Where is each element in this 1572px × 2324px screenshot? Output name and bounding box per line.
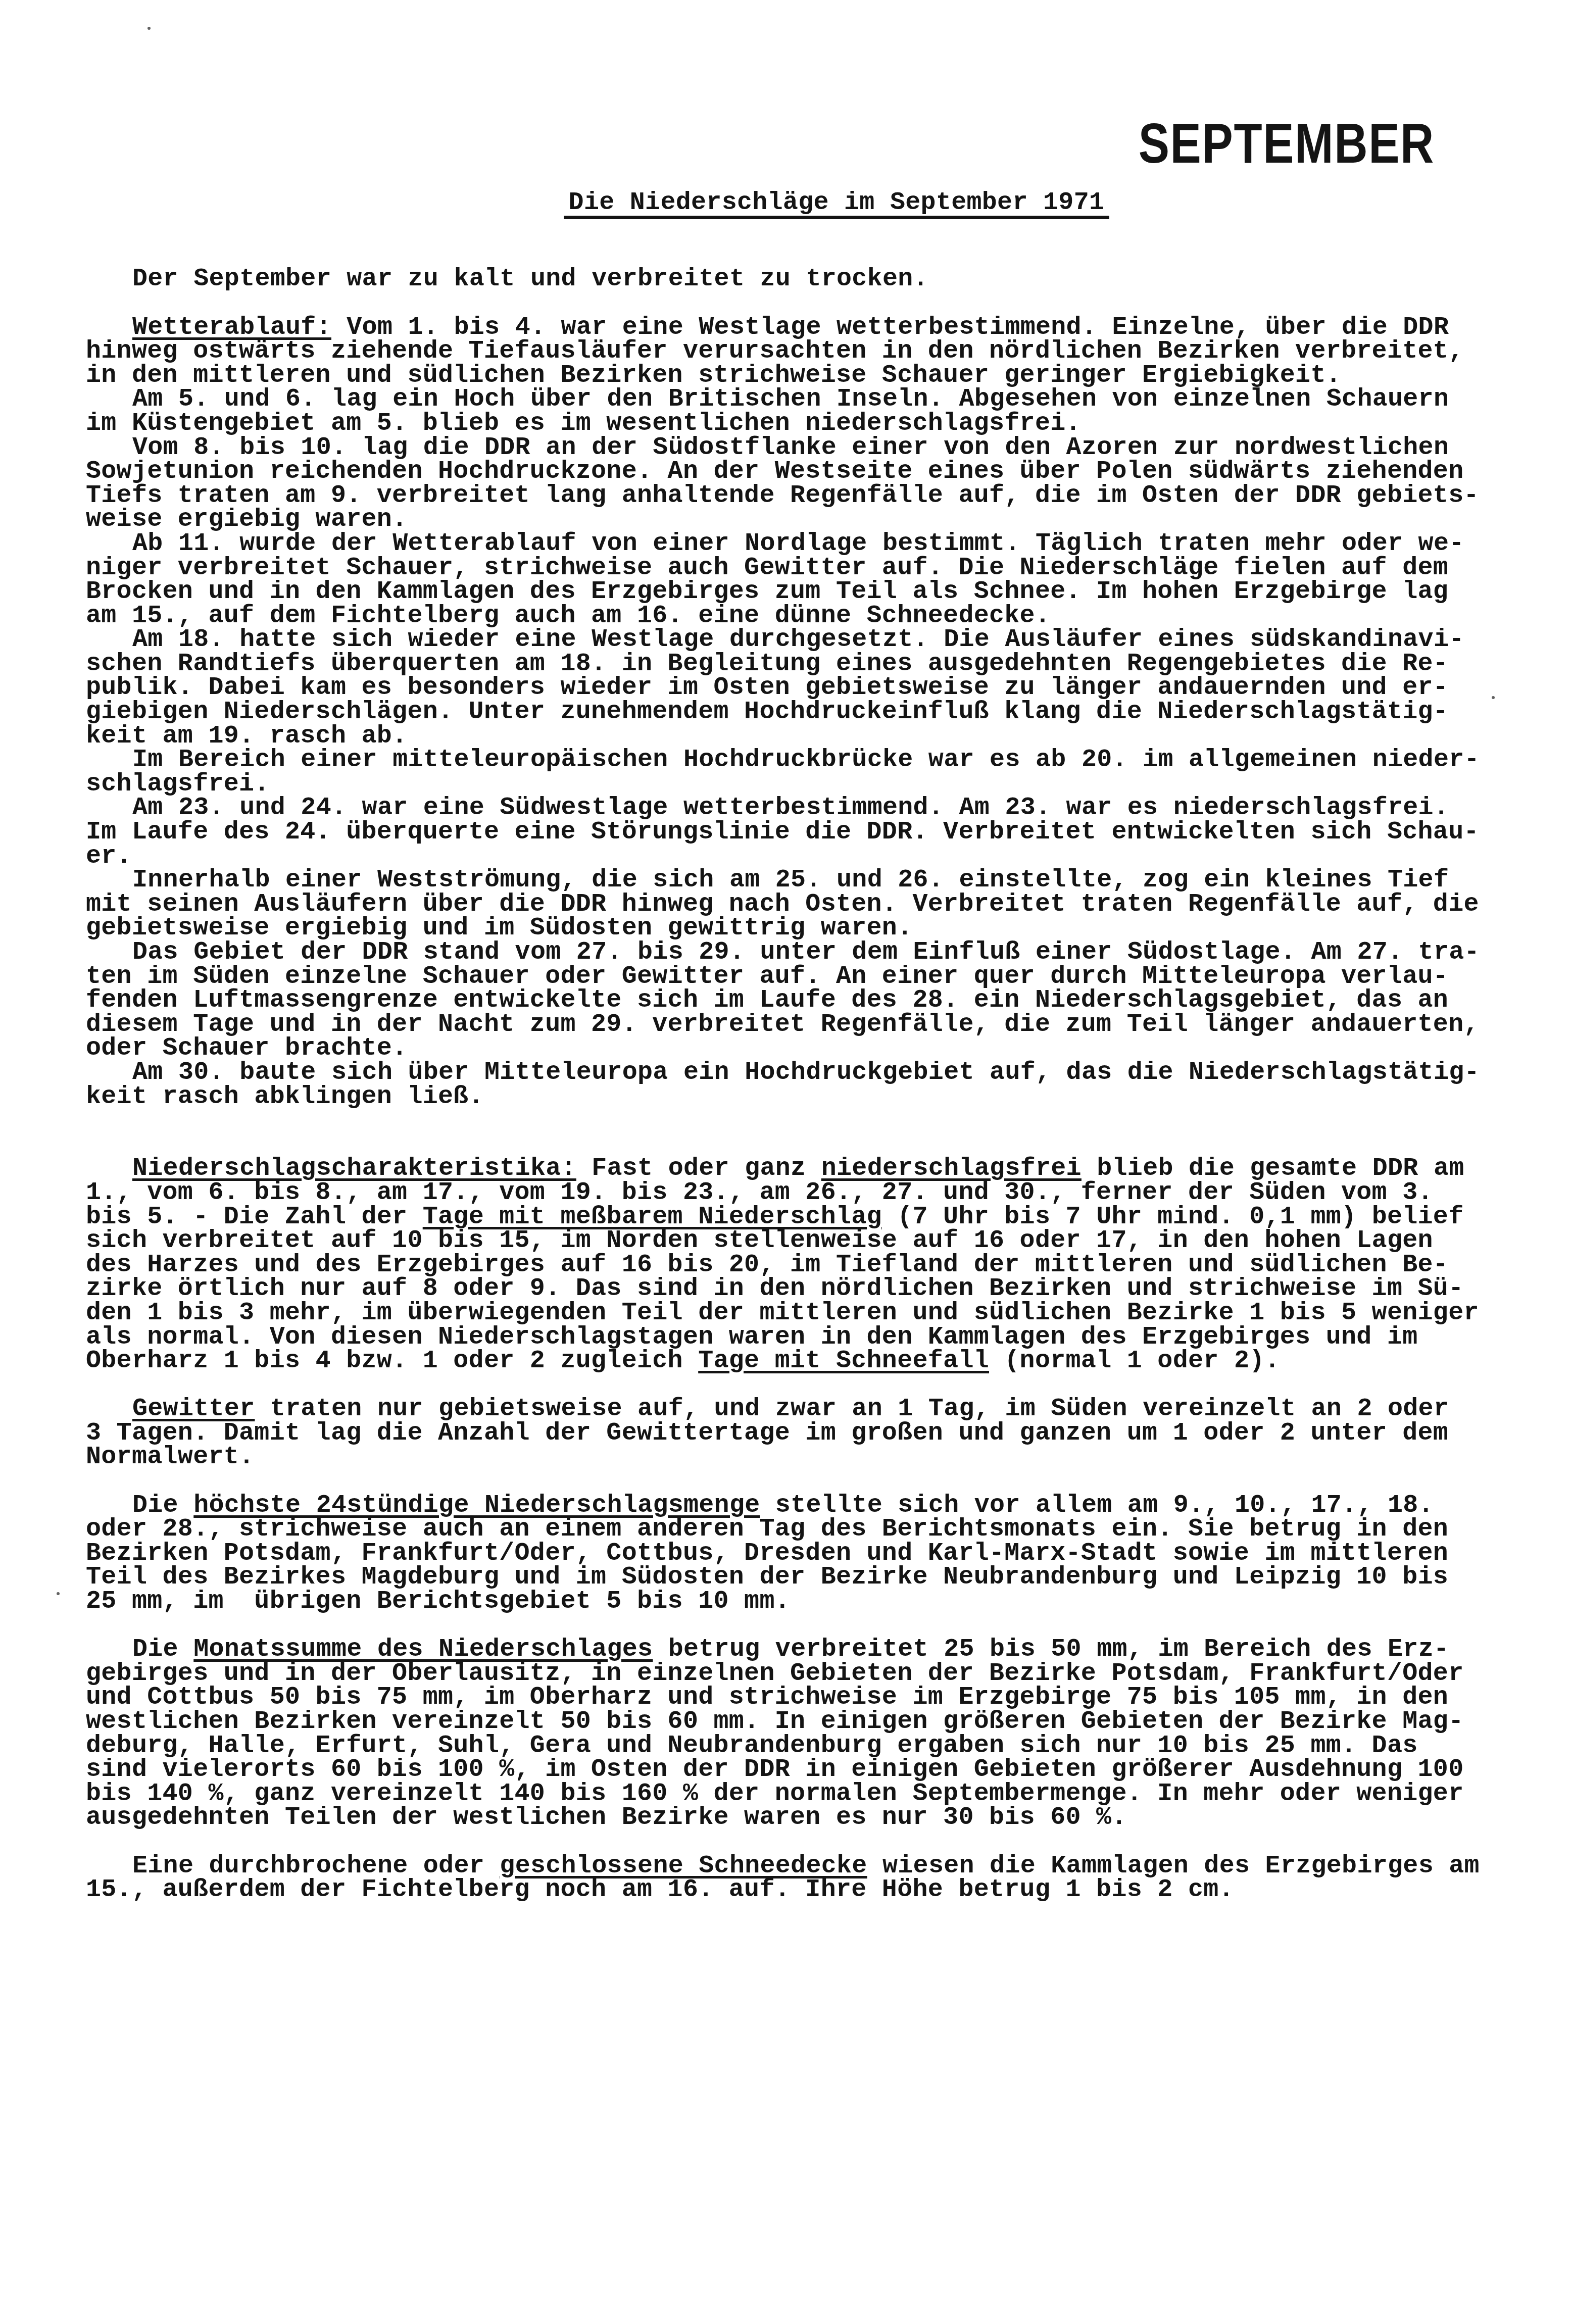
text-line: als normal. Von diesen Niederschlagstage…	[86, 1325, 1495, 1350]
text-line: Am 30. baute sich über Mitteleuropa ein …	[86, 1061, 1495, 1085]
text-line: Am 18. hatte sich wieder eine Westlage d…	[86, 628, 1495, 652]
text-line: zirke örtlich nur auf 8 oder 9. Das sind…	[86, 1277, 1495, 1301]
text-line: 1., vom 6. bis 8., am 17., vom 19. bis 2…	[86, 1181, 1495, 1205]
text-line: er.	[86, 845, 1495, 869]
text-line: 3 Tagen. Damit lag die Anzahl der Gewitt…	[86, 1421, 1495, 1446]
text-line: Oberharz 1 bis 4 bzw. 1 oder 2 zugleich …	[86, 1349, 1495, 1373]
text-line: Normalwert.	[86, 1445, 1495, 1469]
paragraph: Gewitter traten nur gebietsweise auf, un…	[86, 1397, 1495, 1469]
paragraph: Vom 8. bis 10. lag die DDR an der Südost…	[86, 436, 1495, 532]
text-line: Gewitter traten nur gebietsweise auf, un…	[86, 1397, 1495, 1421]
month-header: SEPTEMBER	[1139, 115, 1435, 172]
text-line: oder 28., strichweise auch an einem ande…	[86, 1517, 1495, 1542]
text-line: westlichen Bezirken vereinzelt 50 bis 60…	[86, 1710, 1495, 1734]
text-line: ten im Süden einzelne Schauer oder Gewit…	[86, 965, 1495, 989]
paragraph: Am 30. baute sich über Mitteleuropa ein …	[86, 1061, 1495, 1109]
text-line: Sowjetunion reichenden Hochdruckzone. An…	[86, 460, 1495, 484]
text-line: 15., außerdem der Fichtelberg noch am 16…	[86, 1878, 1495, 1902]
text-line: keit rasch abklingen ließ.	[86, 1085, 1495, 1109]
text-line: bis 140 %, ganz vereinzelt 140 bis 160 %…	[86, 1782, 1495, 1806]
text-line: Teil des Bezirkes Magdeburg und im Südos…	[86, 1565, 1495, 1590]
text-line: des Harzes und des Erzgebirges auf 16 bi…	[86, 1253, 1495, 1277]
underlined-phrase: Tage mit Schneefall	[698, 1347, 989, 1375]
scan-speck	[148, 27, 151, 30]
text-line: Innerhalb einer Westströmung, die sich a…	[86, 868, 1495, 893]
text-line: Die höchste 24stündige Niederschlagsmeng…	[86, 1494, 1495, 1518]
paragraph: Eine durchbrochene oder geschlossene Sch…	[86, 1854, 1495, 1902]
text-line: keit am 19. rasch ab.	[86, 724, 1495, 749]
scan-speck	[1492, 696, 1495, 699]
text-line: schen Randtiefs überquerten am 18. in Be…	[86, 652, 1495, 676]
paragraph: Im Bereich einer mitteleuropäischen Hoch…	[86, 748, 1495, 796]
text-line: Im Bereich einer mitteleuropäischen Hoch…	[86, 748, 1495, 772]
paragraph-container: Der September war zu kalt und verbreitet…	[86, 267, 1495, 1902]
text-line: Der September war zu kalt und verbreitet…	[86, 267, 1495, 291]
text-line: mit seinen Ausläufern über die DDR hinwe…	[86, 893, 1495, 917]
text-line: im Küstengebiet am 5. blieb es im wesent…	[86, 412, 1495, 436]
text-line: Ab 11. wurde der Wetterablauf von einer …	[86, 532, 1495, 556]
text-line: diesem Tage und in der Nacht zum 29. ver…	[86, 1013, 1495, 1037]
text-line: fenden Luftmassengrenze entwickelte sich…	[86, 988, 1495, 1013]
text-line: giebigen Niederschlägen. Unter zunehmend…	[86, 700, 1495, 724]
paragraph: Ab 11. wurde der Wetterablauf von einer …	[86, 532, 1495, 628]
text-line: Eine durchbrochene oder geschlossene Sch…	[86, 1854, 1495, 1878]
text-line: gebietsweise ergiebig und im Südosten ge…	[86, 916, 1495, 941]
text-line: am 15., auf dem Fichtelberg auch am 16. …	[86, 604, 1495, 628]
text-line: Im Laufe des 24. überquerte eine Störung…	[86, 820, 1495, 845]
paragraph: Am 18. hatte sich wieder eine Westlage d…	[86, 628, 1495, 748]
text-line: Bezirken Potsdam, Frankfurt/Oder, Cottbu…	[86, 1542, 1495, 1566]
paragraph: Die Monatssumme des Niederschlages betru…	[86, 1638, 1495, 1830]
text-line: deburg, Halle, Erfurt, Suhl, Gera und Ne…	[86, 1734, 1495, 1758]
text-line: Das Gebiet der DDR stand vom 27. bis 29.…	[86, 941, 1495, 965]
paragraph: Die höchste 24stündige Niederschlagsmeng…	[86, 1494, 1495, 1614]
paragraph: Niederschlagscharakteristika: Fast oder …	[86, 1157, 1495, 1373]
paragraph: Innerhalb einer Westströmung, die sich a…	[86, 868, 1495, 941]
text-line: publik. Dabei kam es besonders wieder im…	[86, 676, 1495, 700]
text-line: Brocken und in den Kammlagen des Erzgebi…	[86, 580, 1495, 604]
text-line: hinweg ostwärts ziehende Tiefausläufer v…	[86, 339, 1495, 364]
paragraph: Der September war zu kalt und verbreitet…	[86, 267, 1495, 291]
text-line: oder Schauer brachte.	[86, 1036, 1495, 1061]
text-line: sich verbreitet auf 10 bis 15, im Norden…	[86, 1229, 1495, 1253]
text-line: weise ergiebig waren.	[86, 508, 1495, 532]
text-line: Die Monatssumme des Niederschlages betru…	[86, 1638, 1495, 1662]
paragraph: Wetterablauf: Vom 1. bis 4. war eine Wes…	[86, 316, 1495, 388]
text-line: niger verbreitet Schauer, strichweise au…	[86, 556, 1495, 580]
text-line: gebirges und in der Oberlausitz, in einz…	[86, 1662, 1495, 1686]
paragraph: Am 5. und 6. lag ein Hoch über den Briti…	[86, 387, 1495, 435]
document-title: Die Niederschläge im September 1971	[86, 167, 1495, 243]
paragraph: Am 23. und 24. war eine Südwestlage wett…	[86, 796, 1495, 868]
text-line: 25 mm, im übrigen Berichtsgebiet 5 bis 1…	[86, 1590, 1495, 1614]
text-line: sind vielerorts 60 bis 100 %, im Osten d…	[86, 1758, 1495, 1782]
text-line: Niederschlagscharakteristika: Fast oder …	[86, 1157, 1495, 1181]
text-line: den 1 bis 3 mehr, im überwiegenden Teil …	[86, 1301, 1495, 1325]
scan-speck	[57, 1592, 60, 1595]
text-line: Am 5. und 6. lag ein Hoch über den Briti…	[86, 387, 1495, 412]
text-line: Vom 8. bis 10. lag die DDR an der Südost…	[86, 436, 1495, 460]
paragraph: Das Gebiet der DDR stand vom 27. bis 29.…	[86, 941, 1495, 1061]
text-line: Wetterablauf: Vom 1. bis 4. war eine Wes…	[86, 316, 1495, 340]
text-line: in den mittleren und südlichen Bezirken …	[86, 364, 1495, 388]
document-title-text: Die Niederschläge im September 1971	[564, 191, 1110, 220]
text-line: ausgedehnten Teilen der westlichen Bezir…	[86, 1806, 1495, 1830]
text-line: bis 5. - Die Zahl der Tage mit meßbarem …	[86, 1205, 1495, 1229]
document-body: Die Niederschläge im September 1971 Der …	[86, 167, 1495, 1902]
text-line: Tiefs traten am 9. verbreitet lang anhal…	[86, 484, 1495, 508]
document-page: SEPTEMBER Die Niederschläge im September…	[0, 0, 1572, 2324]
text-line: schlagsfrei.	[86, 772, 1495, 797]
text-line: und Cottbus 50 bis 75 mm, im Oberharz un…	[86, 1686, 1495, 1710]
text-line: Am 23. und 24. war eine Südwestlage wett…	[86, 796, 1495, 820]
